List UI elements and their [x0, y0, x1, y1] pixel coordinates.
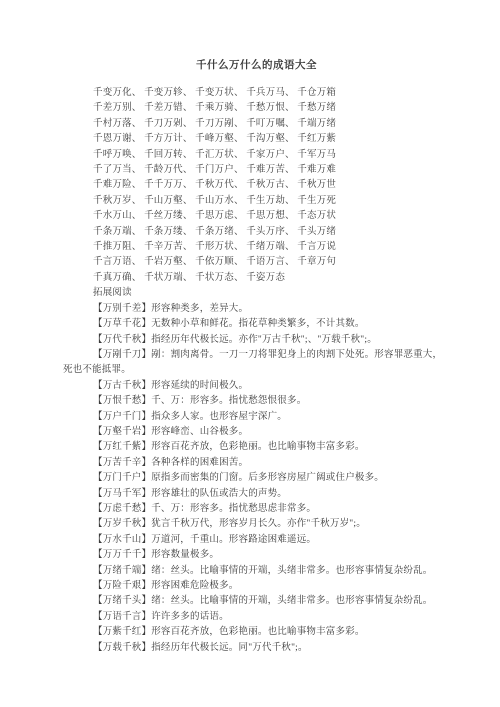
definition-text: 千、万：形容多。指忧愁思虑非常多。 — [151, 504, 316, 514]
definition-term: 【万草千花】 — [93, 319, 151, 329]
definition-entry: 【万马千军】形容雄壮的队伍或浩大的声势。 — [63, 487, 450, 502]
definition-entry: 【万水千山】万道河，千重山。形容路途困难遥远。 — [63, 533, 450, 548]
idiom-line: 千了万当、 千龄万代、 千门万户、 千难万苦、 千难万难 — [63, 163, 450, 178]
idiom-line: 千差万别、 千差万错、 千乘万骑、 千愁万恨、 千愁万绪 — [63, 101, 450, 116]
idiom-line: 千村万落、 千刀万剁、 千刀万剐、 千叮万嘱、 千端万绪 — [63, 117, 450, 132]
definition-entry: 【万代千秋】指经历年代极长远。亦作"万古千秋";、"万载千秋";。 — [63, 333, 450, 348]
idiom-line: 千条万端、 千条万缕、 千条万绪、 千头万序、 千头万绪 — [63, 225, 450, 240]
definition-entry: 【万虑千愁】千、万：形容多。指忧愁思虑非常多。 — [63, 502, 450, 517]
idiom-line: 千水万山、 千丝万缕、 千思万虑、 千思万想、 千态万状 — [63, 209, 450, 224]
definition-text: 万道河，千重山。形容路途困难遥远。 — [151, 535, 316, 545]
definition-term: 【万户千门】 — [93, 412, 151, 422]
definition-text: 形容峰峦、山谷极多。 — [151, 427, 248, 437]
definition-text: 形容百花齐放，色彩艳丽。也比喻事物丰富多彩。 — [151, 442, 364, 452]
definition-term: 【万马千军】 — [93, 489, 151, 499]
definition-term: 【万壑千岩】 — [93, 427, 151, 437]
definition-text: 形容困难危险极多。 — [151, 581, 238, 591]
definition-term: 【万险千艰】 — [93, 581, 151, 591]
definition-term: 【万岁千秋】 — [93, 519, 151, 529]
definition-term: 【万红千紫】 — [93, 442, 151, 452]
idiom-line: 千变万化、 千变万轸、 千变万状、 千兵万马、 千仓万箱 — [63, 86, 450, 101]
definition-entry: 【万载千秋】指经历年代极长远。同"万代千秋";。 — [63, 641, 450, 656]
definition-text: 形容雄壮的队伍或浩大的声势。 — [151, 489, 287, 499]
definition-term: 【万绪千端】 — [93, 566, 151, 576]
definition-entry: 【万绪千端】绪：丝头。比喻事情的开端，头绪非常多。也形容事情复杂纷乱。 — [63, 564, 450, 579]
definition-term: 【万载千秋】 — [93, 643, 151, 653]
definition-entry: 【万剐千刀】剐：割肉离骨。一刀一刀将罪犯身上的肉割下处死。形容罪恶重大，死也不能… — [63, 348, 450, 379]
definition-entry: 【万户千门】指众多人家。也形容屋宇深广。 — [63, 410, 450, 425]
definition-entry: 【万万千千】形容数量极多。 — [63, 548, 450, 563]
definition-entry: 【万别千差】形容种类多，差异大。 — [63, 302, 450, 317]
definition-entry: 【万壑千岩】形容峰峦、山谷极多。 — [63, 425, 450, 440]
definition-entry: 【万紫千红】形容百花齐放，色彩艳丽。也比喻事物丰富多彩。 — [63, 625, 450, 640]
definition-text: 无数种小草和鲜花。指花草种类繁多，不计其数。 — [151, 319, 364, 329]
definition-term: 【万紫千红】 — [93, 627, 151, 637]
idiom-line: 千言万语、 千岩万壑、 千依万顺、 千语万言、 千章万句 — [63, 255, 450, 270]
definition-text: 许许多多的话语。 — [151, 612, 229, 622]
definition-entry: 【万语千言】许许多多的话语。 — [63, 610, 450, 625]
definition-term: 【万虑千愁】 — [93, 504, 151, 514]
definition-text: 绪：丝头。比喻事情的开端，头绪非常多。也形容事情复杂纷乱。 — [151, 566, 432, 576]
definition-text: 各种各样的困难困苦。 — [151, 458, 248, 468]
definition-text: 形容延续的时间极久。 — [151, 381, 248, 391]
definition-entry: 【万古千秋】形容延续的时间极久。 — [63, 379, 450, 394]
definition-entry: 【万绪千头】绪：丝头。比喻事情的开端，头绪非常多。也形容事情复杂纷乱。 — [63, 594, 450, 609]
definition-term: 【万语千言】 — [93, 612, 151, 622]
definition-term: 【万古千秋】 — [93, 381, 151, 391]
definition-text: 原指多而密集的门窗。后多形容房屋广阔或住户极多。 — [151, 473, 384, 483]
definition-text: 千、万：形容多。指忧愁怨恨很多。 — [151, 396, 306, 406]
page-title: 千什么万什么的成语大全 — [63, 58, 450, 73]
definition-term: 【万绪千头】 — [93, 596, 151, 606]
definition-term: 【万别千差】 — [93, 304, 151, 314]
definition-entry: 【万恨千愁】千、万：形容多。指忧愁怨恨很多。 — [63, 394, 450, 409]
definition-text: 指经历年代极长远。亦作"万古千秋";、"万载千秋";。 — [151, 335, 377, 345]
document-page: 千什么万什么的成语大全 千变万化、 千变万轸、 千变万状、 千兵万马、 千仓万箱… — [0, 0, 500, 707]
definition-text: 形容数量极多。 — [151, 550, 219, 560]
definition-entry: 【万草千花】无数种小草和鲜花。指花草种类繁多，不计其数。 — [63, 317, 450, 332]
definition-text: 指众多人家。也形容屋宇深广。 — [151, 412, 287, 422]
section-heading: 拓展阅读 — [63, 286, 450, 301]
definition-entry: 【万险千艰】形容困难危险极多。 — [63, 579, 450, 594]
definition-term: 【万剐千刀】 — [93, 350, 151, 360]
definition-term: 【万万千千】 — [93, 550, 151, 560]
idiom-line: 千秋万岁、 千山万壑、 千山万水、 千生万劫、 千生万死 — [63, 194, 450, 209]
idiom-line: 千恩万谢、 千方万计、 千峰万壑、 千沟万壑、 千红万紫 — [63, 132, 450, 147]
definition-term: 【万门千户】 — [93, 473, 151, 483]
definition-entry: 【万门千户】原指多而密集的门窗。后多形容房屋广阔或住户极多。 — [63, 471, 450, 486]
definition-entry: 【万红千紫】形容百花齐放，色彩艳丽。也比喻事物丰富多彩。 — [63, 440, 450, 455]
idiom-line: 千推万阻、 千辛万苦、 千形万状、 千绪万端、 千言万说 — [63, 240, 450, 255]
definition-term: 【万苦千辛】 — [93, 458, 151, 468]
definition-term: 【万水千山】 — [93, 535, 151, 545]
idiom-line: 千真万确、 千状万端、 千状万态、 千姿万态 — [63, 271, 450, 286]
definition-text: 绪：丝头。比喻事情的开端，头绪非常多。也形容事情复杂纷乱。 — [151, 596, 432, 606]
idiom-line: 千难万险、 千千万万、 千秋万代、 千秋万古、 千秋万世 — [63, 178, 450, 193]
definition-text: 指经历年代极长远。同"万代千秋";。 — [151, 643, 308, 653]
definition-text: 犹言千秋万代，形容岁月长久。亦作"千秋万岁";。 — [151, 519, 366, 529]
definition-text: 形容百花齐放，色彩艳丽。也比喻事物丰富多彩。 — [151, 627, 364, 637]
definition-term: 【万恨千愁】 — [93, 396, 151, 406]
definition-entry: 【万岁千秋】犹言千秋万代，形容岁月长久。亦作"千秋万岁";。 — [63, 517, 450, 532]
definition-text: 形容种类多，差异大。 — [151, 304, 248, 314]
definition-list: 【万别千差】形容种类多，差异大。 【万草千花】无数种小草和鲜花。指花草种类繁多，… — [63, 302, 450, 656]
idiom-list: 千变万化、 千变万轸、 千变万状、 千兵万马、 千仓万箱 千差万别、 千差万错、… — [63, 86, 450, 286]
idiom-line: 千呼万唤、 千回万转、 千汇万状、 千家万户、 千军万马 — [63, 148, 450, 163]
definition-term: 【万代千秋】 — [93, 335, 151, 345]
definition-entry: 【万苦千辛】各种各样的困难困苦。 — [63, 456, 450, 471]
